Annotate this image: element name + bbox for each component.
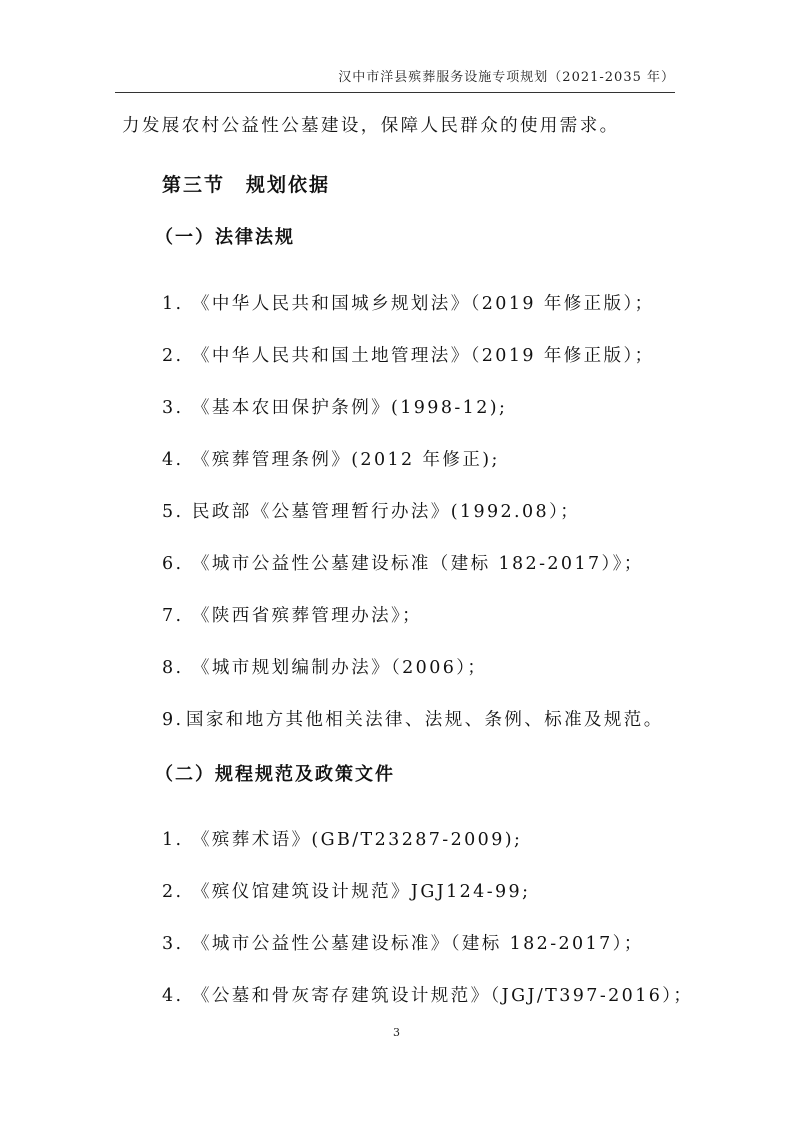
item-text: 《中华人民共和国城乡规划法》（2019 年修正版）； bbox=[192, 294, 655, 314]
item-number: 6. bbox=[162, 554, 192, 574]
list-item: 9.国家和地方其他相关法律、法规、条例、标准及规范。 bbox=[162, 706, 664, 731]
item-text: 《陕西省殡葬管理办法》； bbox=[192, 606, 422, 626]
item-text: 《公墓和骨灰寄存建筑设计规范》（JGJ/T397-2016）； bbox=[192, 986, 693, 1006]
item-number: 2. bbox=[162, 882, 192, 902]
list-item: 2.《中华人民共和国土地管理法》（2019 年修正版）； bbox=[162, 342, 655, 367]
list-item: 4.《公墓和骨灰寄存建筑设计规范》（JGJ/T397-2016）； bbox=[162, 982, 693, 1007]
item-number: 9. bbox=[162, 710, 186, 730]
page-number: 3 bbox=[0, 1026, 793, 1039]
list-item: 8.《城市规划编制办法》（2006）； bbox=[162, 654, 487, 679]
running-header: 汉中市洋县殡葬服务设施专项规划（2021-2035 年） bbox=[115, 66, 675, 85]
item-number: 3. bbox=[162, 934, 192, 954]
continuation-paragraph: 力发展农村公益性公墓建设，保障人民群众的使用需求。 bbox=[122, 112, 620, 137]
item-text: 《殡葬术语》(GB/T23287-2009); bbox=[192, 830, 522, 850]
item-text: 国家和地方其他相关法律、法规、条例、标准及规范。 bbox=[186, 710, 664, 730]
item-number: 8. bbox=[162, 658, 192, 678]
item-text: 《城市公益性公墓建设标准（建标 182-2017）》； bbox=[192, 554, 644, 574]
list-item: 1.《中华人民共和国城乡规划法》（2019 年修正版）； bbox=[162, 290, 655, 315]
list-item: 2.《殡仪馆建筑设计规范》JGJ124-99; bbox=[162, 878, 530, 903]
item-text: 《殡葬管理条例》(2012 年修正); bbox=[192, 450, 500, 470]
header-divider bbox=[115, 92, 675, 93]
item-number: 1. bbox=[162, 294, 192, 314]
item-number: 4. bbox=[162, 450, 192, 470]
list-item: 7.《陕西省殡葬管理办法》； bbox=[162, 602, 422, 627]
item-number: 7. bbox=[162, 606, 192, 626]
section-heading: 第三节 规划依据 bbox=[162, 170, 330, 197]
item-number: 2. bbox=[162, 346, 192, 366]
subsection-heading-regulations: （二）规程规范及政策文件 bbox=[155, 760, 395, 786]
item-number: 3. bbox=[162, 398, 192, 418]
list-item: 4.《殡葬管理条例》(2012 年修正); bbox=[162, 446, 500, 471]
item-number: 4. bbox=[162, 986, 192, 1006]
item-number: 5. bbox=[162, 502, 192, 522]
item-text: 《城市公益性公墓建设标准》（建标 182-2017）； bbox=[192, 934, 644, 954]
item-text: 民政部《公墓管理暂行办法》(1992.08）； bbox=[192, 502, 580, 522]
item-text: 《中华人民共和国土地管理法》（2019 年修正版）； bbox=[192, 346, 655, 366]
item-text: 《基本农田保护条例》(1998-12); bbox=[192, 398, 507, 418]
list-item: 5.民政部《公墓管理暂行办法》(1992.08）； bbox=[162, 498, 580, 523]
item-number: 1. bbox=[162, 830, 192, 850]
list-item: 3.《城市公益性公墓建设标准》（建标 182-2017）； bbox=[162, 930, 644, 955]
item-text: 《殡仪馆建筑设计规范》JGJ124-99; bbox=[192, 882, 530, 902]
list-item: 1.《殡葬术语》(GB/T23287-2009); bbox=[162, 826, 522, 851]
list-item: 3.《基本农田保护条例》(1998-12); bbox=[162, 394, 507, 419]
list-item: 6.《城市公益性公墓建设标准（建标 182-2017）》； bbox=[162, 550, 644, 575]
subsection-heading-laws: （一）法律法规 bbox=[155, 223, 295, 249]
item-text: 《城市规划编制办法》（2006）； bbox=[192, 658, 487, 678]
